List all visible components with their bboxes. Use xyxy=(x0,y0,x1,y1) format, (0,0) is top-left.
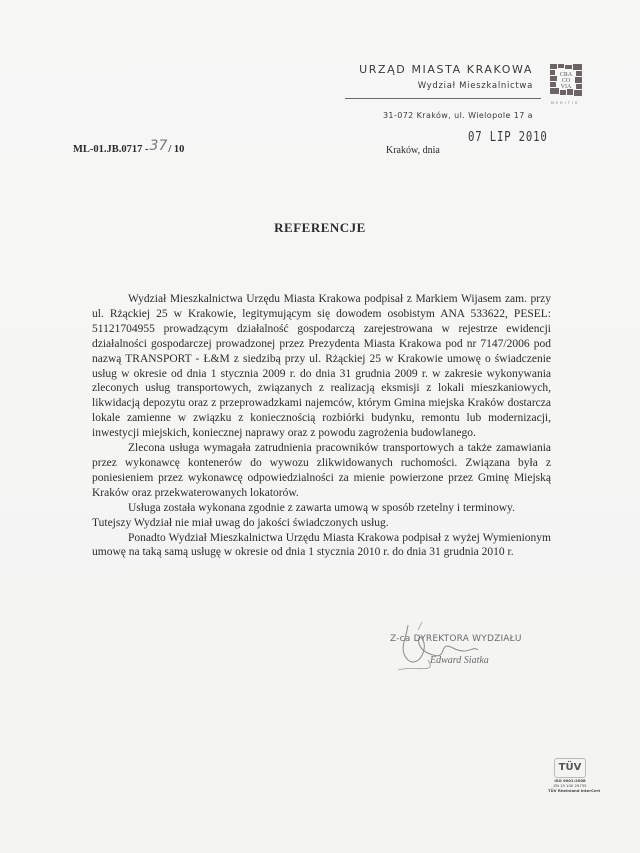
header-divider xyxy=(345,98,541,99)
signature-block: Z-ca DYREKTORA WYDZIAŁU Edward Siatka xyxy=(378,620,558,690)
paragraph-2: Zlecona usługa wymagała zatrudnienia pra… xyxy=(92,441,551,501)
paragraph-1: Wydział Mieszkalnictwa Urzędu Miasta Kra… xyxy=(92,292,551,441)
reference-number: ML-01.JB.0717 -37/ 10 xyxy=(73,140,184,156)
date-stamp: 07 LIP 2010 xyxy=(468,130,548,145)
organization-name: URZĄD MIASTA KRAKOWA xyxy=(359,63,533,76)
place-label: Kraków, dnia xyxy=(386,145,440,156)
paragraph-3: Usługa została wykonana zgodnie z zawart… xyxy=(92,501,551,516)
cracovia-logo-icon: CRA CO VIA xyxy=(550,64,582,98)
tuv-mark-icon: TÜV xyxy=(554,758,586,778)
logo-text-line-3: VIA xyxy=(561,84,572,90)
letter-body: Wydział Mieszkalnictwa Urzędu Miasta Kra… xyxy=(92,292,551,560)
logo-caption: MERITIS xyxy=(551,101,579,105)
signatory-name: Edward Siatka xyxy=(430,655,489,666)
office-address: 31-072 Kraków, ul. Wielopole 17 a xyxy=(383,111,533,120)
paragraph-5: Ponadto Wydział Mieszkalnictwa Urzędu Mi… xyxy=(92,531,551,561)
reference-prefix: ML-01.JB.0717 - xyxy=(73,144,149,155)
certification-issuer: TÜV Rheinland InterCert xyxy=(548,788,592,793)
document-title: REFERENCJE xyxy=(0,220,640,236)
department-name: Wydział Mieszkalnictwa xyxy=(418,81,533,91)
handwritten-reference-number: 37 xyxy=(150,138,168,154)
paragraph-4: Tutejszy Wydział nie miał uwag do jakośc… xyxy=(92,516,551,531)
document-page: URZĄD MIASTA KRAKOWA Wydział Mieszkalnic… xyxy=(0,0,640,853)
signatory-title: Z-ca DYREKTORA WYDZIAŁU xyxy=(390,634,522,644)
tuv-certification-badge: TÜV ISO 9001:2008 ZN 15 100 29735 TÜV Rh… xyxy=(548,758,592,804)
reference-suffix: / 10 xyxy=(168,144,184,155)
